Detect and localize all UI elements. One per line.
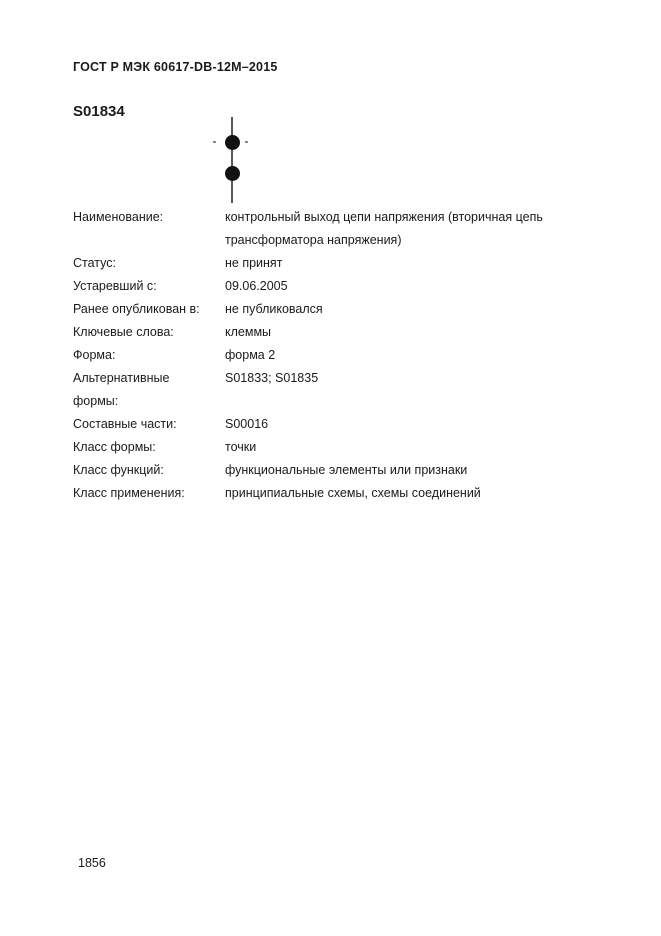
conductor-line [231, 117, 233, 203]
field-label: Класс формы: [73, 436, 209, 459]
field-row-function-class: Класс функций: функциональные элементы и… [73, 459, 583, 482]
field-value: форма 2 [225, 344, 577, 367]
document-page: ГОСТ Р МЭК 60617-DB-12M–2015 S01834 Наим… [0, 0, 661, 936]
field-row-form-class: Класс формы: точки [73, 436, 583, 459]
left-tick-mark [213, 141, 216, 143]
field-label: Составные части: [73, 413, 209, 436]
terminal-dot-bottom [225, 166, 240, 181]
field-label: Статус: [73, 252, 209, 275]
field-label: Ранее опубликован в: [73, 298, 209, 321]
field-value: 09.06.2005 [225, 275, 577, 298]
field-row-status: Статус: не принят [73, 252, 583, 275]
field-row-alternative-forms: Альтернативные формы: S01833; S01835 [73, 367, 583, 413]
field-row-previously-published: Ранее опубликован в: не публиковался [73, 298, 583, 321]
field-label: Форма: [73, 344, 209, 367]
field-value: не публиковался [225, 298, 577, 321]
field-label: Устаревший с: [73, 275, 209, 298]
field-label: Наименование: [73, 206, 209, 229]
symbol-id: S01834 [73, 103, 125, 120]
field-value: точки [225, 436, 577, 459]
field-value: контрольный выход цепи напряжения (втори… [225, 206, 577, 252]
field-row-components: Составные части: S00016 [73, 413, 583, 436]
field-label: Класс функций: [73, 459, 209, 482]
field-row-application-class: Класс применения: принципиальные схемы, … [73, 482, 583, 505]
attribute-list: Наименование: контрольный выход цепи нап… [73, 206, 583, 505]
field-row-obsolete-since: Устаревший с: 09.06.2005 [73, 275, 583, 298]
field-value: клеммы [225, 321, 577, 344]
field-row-form: Форма: форма 2 [73, 344, 583, 367]
field-row-keywords: Ключевые слова: клеммы [73, 321, 583, 344]
field-value: функциональные элементы или признаки [225, 459, 577, 482]
field-value: не принят [225, 252, 577, 275]
field-value: принципиальные схемы, схемы соединений [225, 482, 577, 505]
terminal-dot-top [225, 135, 240, 150]
field-row-name: Наименование: контрольный выход цепи нап… [73, 206, 583, 252]
document-title: ГОСТ Р МЭК 60617-DB-12M–2015 [73, 60, 278, 74]
field-value: S00016 [225, 413, 577, 436]
field-label: Класс применения: [73, 482, 209, 505]
field-label: Ключевые слова: [73, 321, 209, 344]
page-number: 1856 [78, 852, 106, 875]
field-label: Альтернативные формы: [73, 367, 209, 413]
right-tick-mark [245, 141, 248, 143]
field-value: S01833; S01835 [225, 367, 577, 390]
